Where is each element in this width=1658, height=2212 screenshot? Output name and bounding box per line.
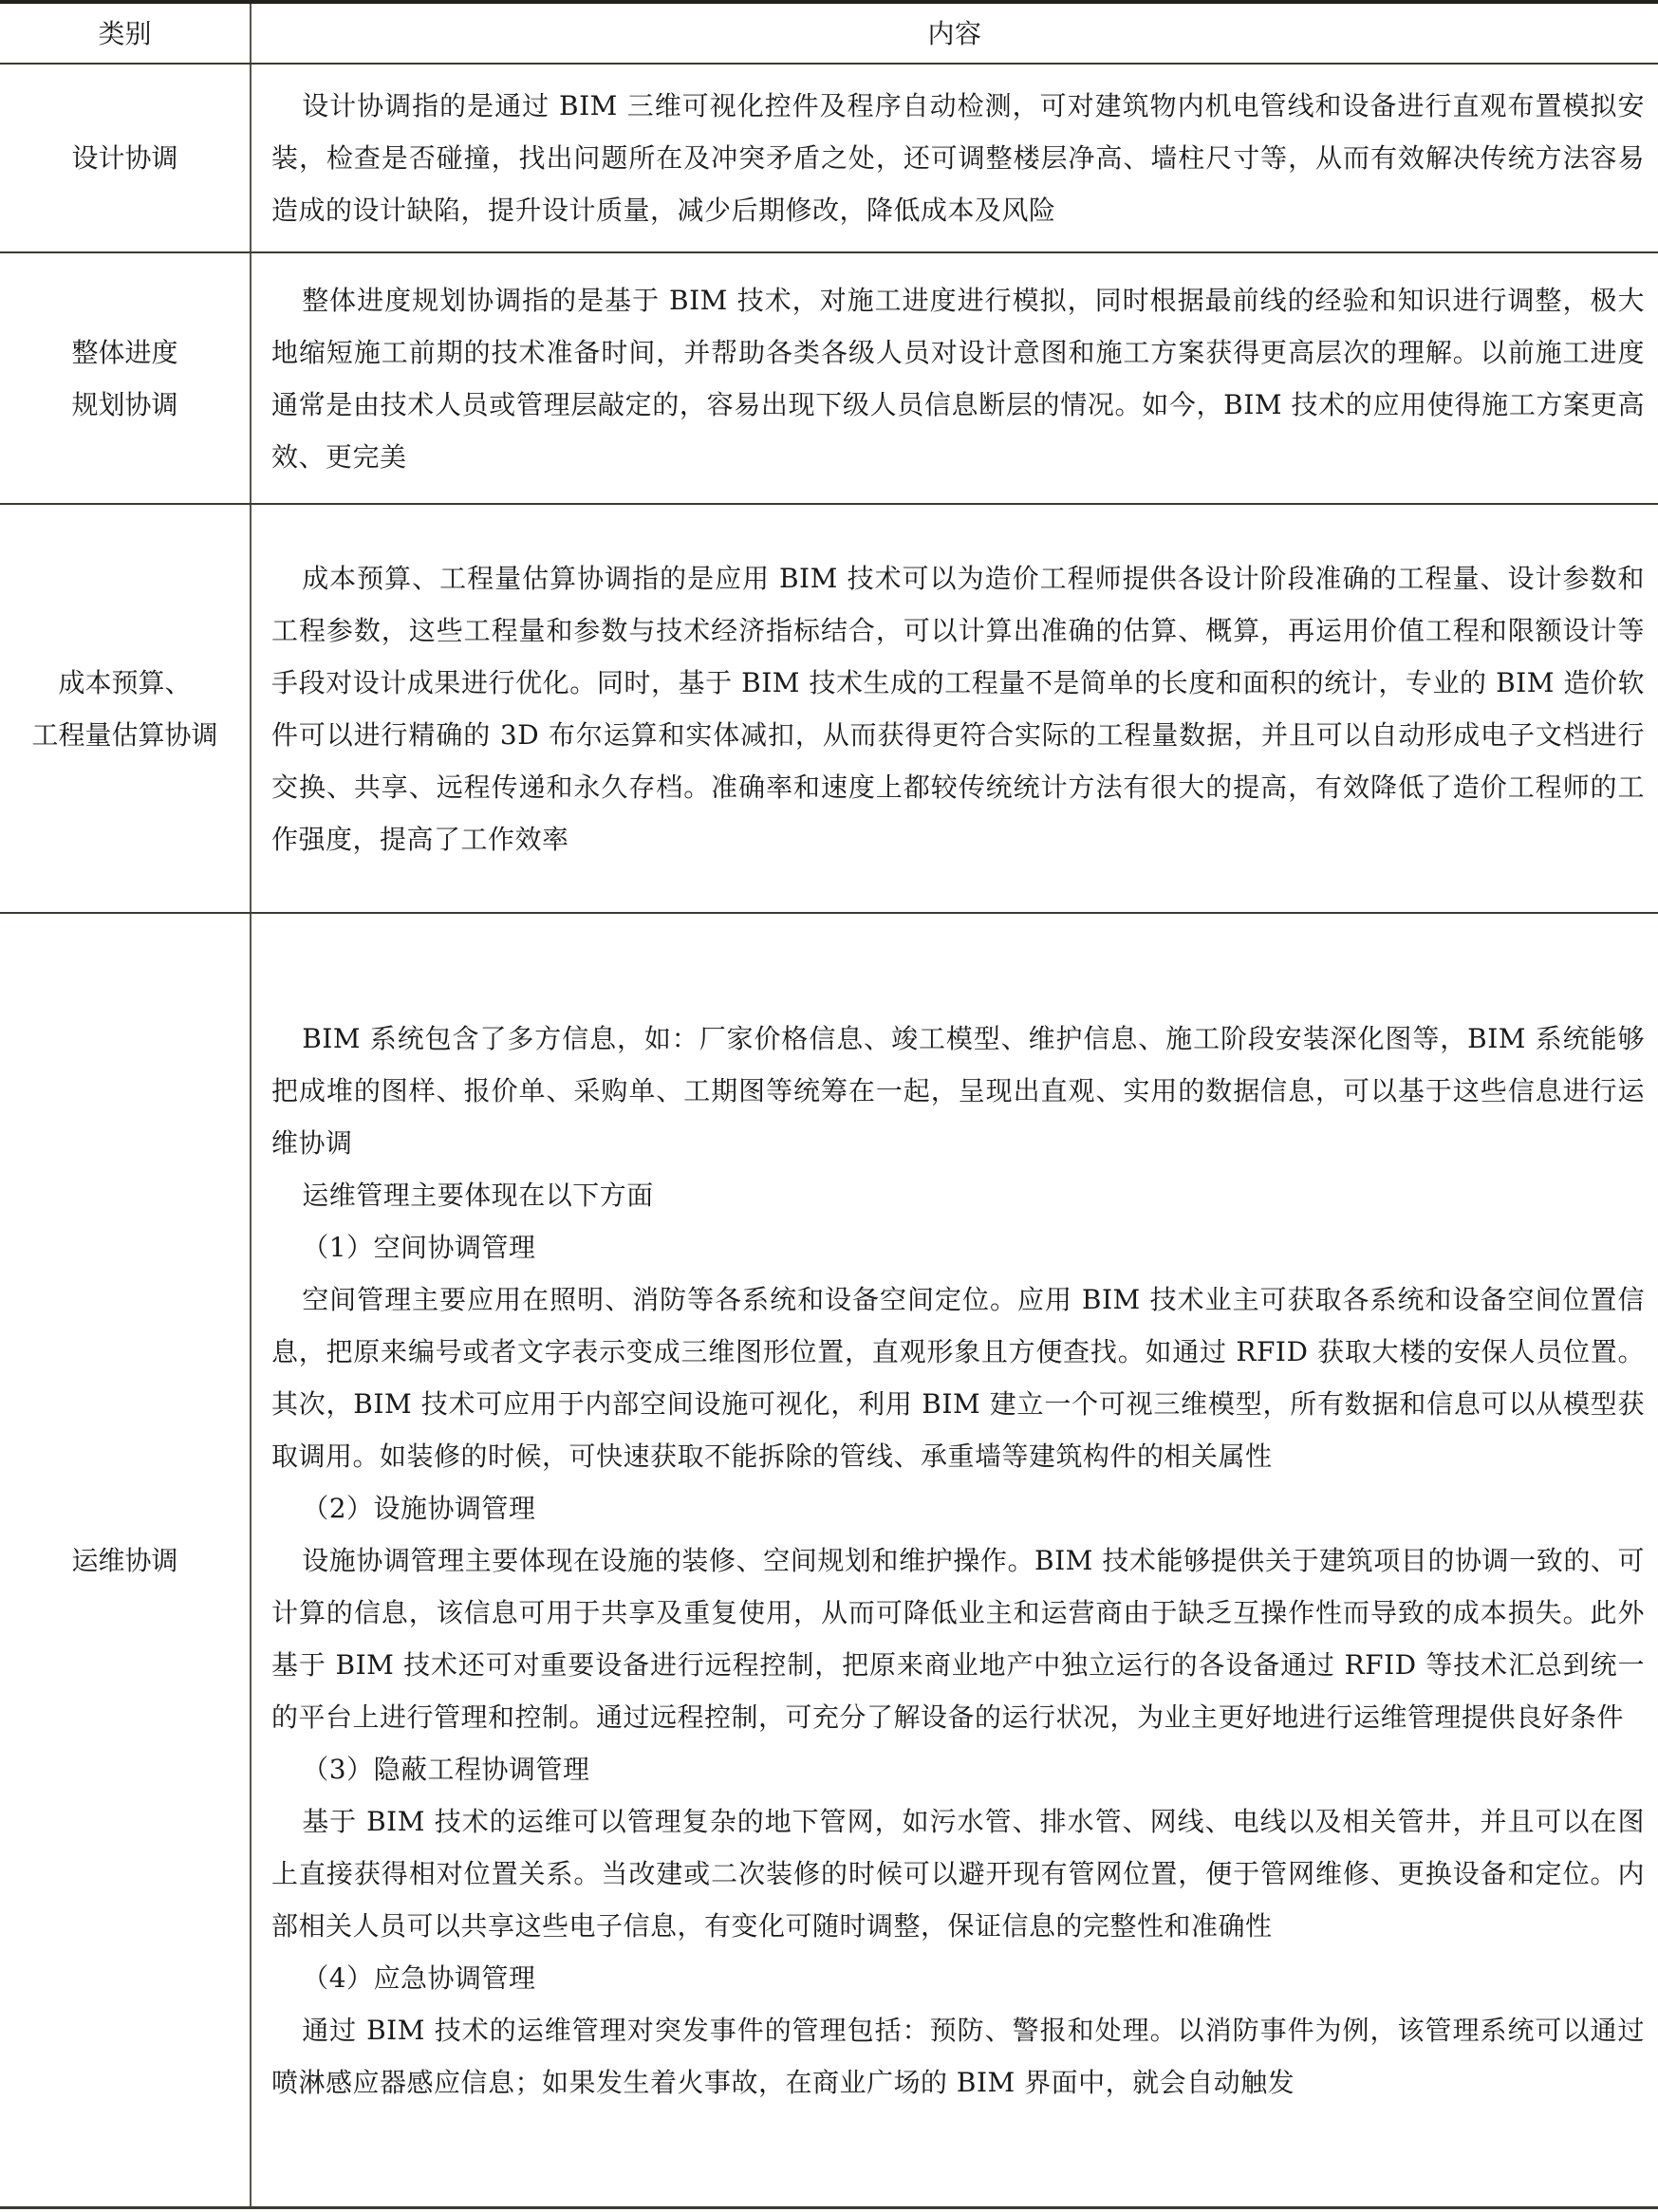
content-paragraph-summary: 运维管理主要体现在以下方面	[271, 1169, 1645, 1221]
table-header-row: 类别 内容	[0, 4, 1658, 65]
header-category: 类别	[0, 4, 251, 63]
category-label-line-2: 工程量估算协调	[31, 709, 217, 761]
row-category: 设计协调	[0, 65, 251, 251]
row-content: 整体进度规划协调指的是基于 BIM 技术，对施工进度进行模拟，同时根据最前线的经…	[251, 253, 1658, 503]
content-paragraph: 设计协调指的是通过 BIM 三维可视化控件及程序自动检测，可对建筑物内机电管线和…	[271, 80, 1645, 236]
category-label-line-1: 成本预算、	[31, 657, 217, 709]
header-content-label: 内容	[927, 8, 981, 60]
row-content: BIM 系统包含了多方信息，如：厂家价格信息、竣工模型、维护信息、施工阶段安装深…	[251, 914, 1658, 2206]
content-paragraph: 整体进度规划协调指的是基于 BIM 技术，对施工进度进行模拟，同时根据最前线的经…	[271, 274, 1645, 483]
row-category: 成本预算、 工程量估算协调	[0, 505, 251, 912]
table-row-operations: 运维协调 BIM 系统包含了多方信息，如：厂家价格信息、竣工模型、维护信息、施工…	[0, 914, 1658, 2209]
content-paragraph-intro: BIM 系统包含了多方信息，如：厂家价格信息、竣工模型、维护信息、施工阶段安装深…	[271, 1013, 1645, 1169]
row-content: 设计协调指的是通过 BIM 三维可视化控件及程序自动检测，可对建筑物内机电管线和…	[251, 65, 1658, 251]
table-row-design: 设计协调 设计协调指的是通过 BIM 三维可视化控件及程序自动检测，可对建筑物内…	[0, 65, 1658, 253]
table-row-cost: 成本预算、 工程量估算协调 成本预算、工程量估算协调指的是应用 BIM 技术可以…	[0, 505, 1658, 914]
content-paragraph: 成本预算、工程量估算协调指的是应用 BIM 技术可以为造价工程师提供各设计阶段准…	[271, 552, 1645, 865]
category-label: 设计协调	[71, 132, 177, 184]
row-category: 运维协调	[0, 914, 251, 2206]
subheading-emergency: （4）应急协调管理	[271, 1952, 1645, 2004]
content-paragraph-facility: 设施协调管理主要体现在设施的装修、空间规划和维护操作。BIM 技术能够提供关于建…	[271, 1534, 1645, 1743]
subheading-concealed: （3）隐蔽工程协调管理	[271, 1743, 1645, 1795]
row-category: 整体进度 规划协调	[0, 253, 251, 503]
table-row-schedule: 整体进度 规划协调 整体进度规划协调指的是基于 BIM 技术，对施工进度进行模拟…	[0, 253, 1658, 505]
header-content: 内容	[251, 4, 1658, 63]
coordination-table: 类别 内容 设计协调 设计协调指的是通过 BIM 三维可视化控件及程序自动检测，…	[0, 0, 1658, 2209]
category-label-line-2: 规划协调	[71, 379, 177, 431]
category-label-line-1: 整体进度	[71, 326, 177, 379]
subheading-facility: （2）设施协调管理	[271, 1482, 1645, 1534]
content-paragraph-concealed: 基于 BIM 技术的运维可以管理复杂的地下管网，如污水管、排水管、网线、电线以及…	[271, 1795, 1645, 1952]
subheading-space: （1）空间协调管理	[271, 1221, 1645, 1273]
content-paragraph-space: 空间管理主要应用在照明、消防等各系统和设备空间定位。应用 BIM 技术业主可获取…	[271, 1273, 1645, 1482]
header-category-label: 类别	[98, 8, 151, 60]
content-paragraph-emergency: 通过 BIM 技术的运维管理对突发事件的管理包括：预防、警报和处理。以消防事件为…	[271, 2004, 1645, 2109]
row-content: 成本预算、工程量估算协调指的是应用 BIM 技术可以为造价工程师提供各设计阶段准…	[251, 505, 1658, 912]
category-label: 运维协调	[71, 1534, 177, 1587]
